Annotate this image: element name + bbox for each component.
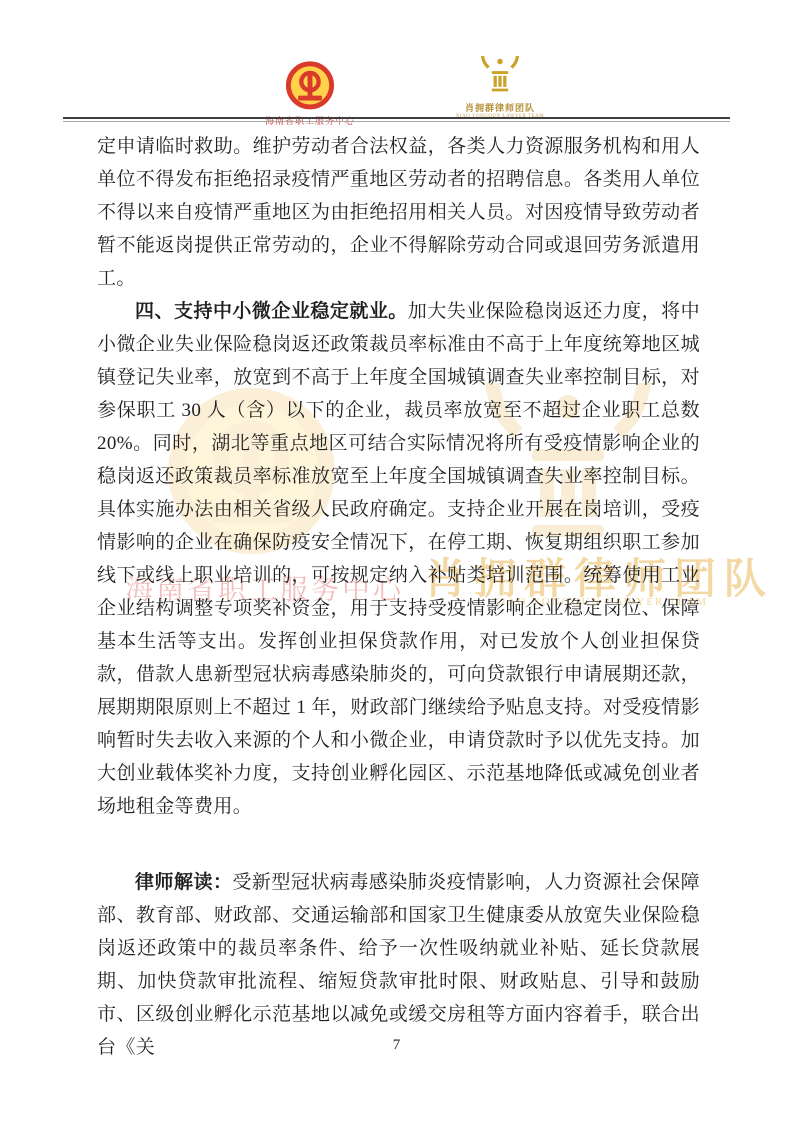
paragraph-text: 加大失业保险稳岗返还力度，将中小微企业失业保险稳岗返还政策裁员率标准由不高于上年… <box>97 301 700 817</box>
paragraph-section-four: 四、支持中小微企业稳定就业。加大失业保险稳岗返还力度，将中小微企业失业保险稳岗返… <box>97 295 700 823</box>
document-body: 定申请临时救助。维护劳动者合法权益，各类人力资源服务机构和用人单位不得发布拒绝招… <box>97 130 700 1064</box>
paragraph-lead: 四、支持中小微企业稳定就业。 <box>135 301 408 322</box>
document-page: { "header": { "left_logo": { "label": "海… <box>0 0 793 1122</box>
right-logo: 肖拥群律师团队 XIAO YONGQUN LAWYER TEAM <box>440 56 560 120</box>
paragraph-lead: 律师解读： <box>135 872 232 893</box>
paragraph-text: 受新型冠状病毒感染肺炎疫情影响，人力资源社会保障部、教育部、财政部、交通运输部和… <box>97 872 700 1058</box>
header-rule <box>63 117 730 122</box>
union-emblem-icon <box>283 60 337 114</box>
page-footer: 7 <box>0 1037 793 1054</box>
page-header: 海南省职工服务中心 肖拥群律师团队 XIAO YONGQUN LAWYER TE… <box>0 0 793 122</box>
paragraph-lawyer-commentary: 律师解读：受新型冠状病毒感染肺炎疫情影响，人力资源社会保障部、教育部、财政部、交… <box>97 866 700 1064</box>
page-number: 7 <box>393 1037 401 1053</box>
paragraph-text: 定申请临时救助。维护劳动者合法权益，各类人力资源服务机构和用人单位不得发布拒绝招… <box>97 136 700 289</box>
lawyer-emblem-icon <box>477 56 523 102</box>
right-logo-caption: 肖拥群律师团队 <box>440 103 560 114</box>
paragraph-continuation: 定申请临时救助。维护劳动者合法权益，各类人力资源服务机构和用人单位不得发布拒绝招… <box>97 130 700 295</box>
